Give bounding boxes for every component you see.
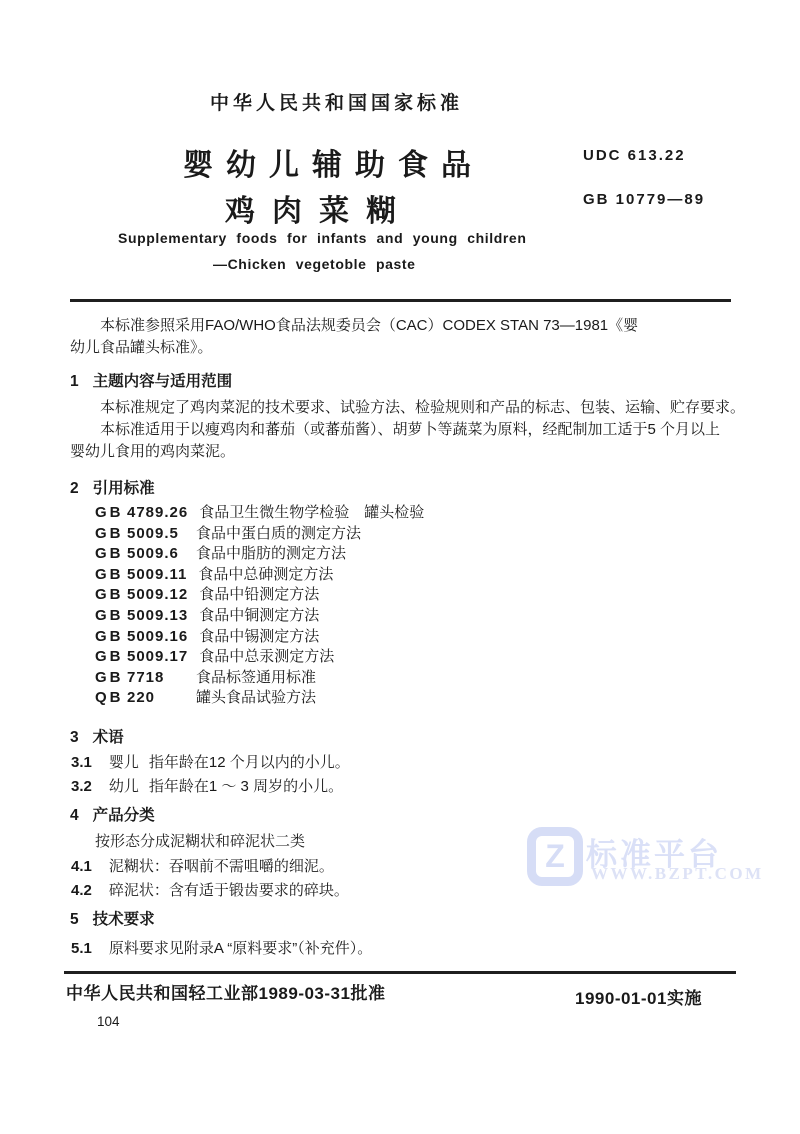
section-1-paragraph: 本标准规定了鸡肉菜泥的技术要求、试验方法、检验规则和产品的标志、包装、运输、贮存… bbox=[70, 398, 770, 418]
reference-number: 5009.12 bbox=[127, 585, 188, 606]
reference-org: GB bbox=[95, 503, 127, 524]
reference-item: GB5009.5食品中蛋白质的测定方法 bbox=[95, 524, 424, 545]
reference-title: 食品中总砷测定方法 bbox=[198, 566, 333, 583]
reference-number: 7718 bbox=[127, 668, 185, 689]
implementation-date: 1990-01-01实施 bbox=[575, 984, 702, 1009]
reference-item: GB7718食品标签通用标准 bbox=[95, 668, 424, 689]
reference-number: 220 bbox=[127, 688, 185, 709]
section-title: 引用标准 bbox=[93, 480, 155, 497]
header-divider bbox=[70, 299, 731, 302]
clause-number: 4.1 bbox=[71, 858, 92, 875]
reference-item: GB5009.6食品中脂肪的测定方法 bbox=[95, 544, 424, 565]
reference-number: 5009.16 bbox=[127, 627, 188, 648]
reference-item: GB4789.26食品卫生微生物学检验 罐头检验 bbox=[95, 503, 424, 524]
section-3-heading: 3术语 bbox=[70, 725, 124, 747]
reference-org: GB bbox=[95, 544, 127, 565]
reference-org: GB bbox=[95, 606, 127, 627]
page-number: 104 bbox=[97, 1014, 120, 1029]
bzpt-logo-icon: Z bbox=[527, 827, 583, 886]
clause-number: 3.2 bbox=[71, 778, 92, 795]
section-title: 技术要求 bbox=[93, 911, 155, 928]
udc-code: UDC 613.22 bbox=[583, 147, 686, 164]
reference-title: 食品中脂肪的测定方法 bbox=[196, 545, 346, 562]
reference-title: 食品中总汞测定方法 bbox=[199, 648, 334, 665]
term-definition: 指年龄在12 个月以内的小儿。 bbox=[149, 754, 350, 771]
section-1-paragraph: 本标准适用于以瘦鸡肉和蕃茄（或蕃茄酱）、胡萝卜等蔬菜为原料，经配制加工适于5 个… bbox=[70, 420, 770, 440]
reference-item: GB5009.16食品中锡测定方法 bbox=[95, 627, 424, 648]
approval-statement: 中华人民共和国轻工业部1989-03-31批准 bbox=[66, 979, 385, 1004]
reference-number: 5009.17 bbox=[127, 647, 188, 668]
reference-org: GB bbox=[95, 585, 127, 606]
reference-item: GB5009.12食品中铅测定方法 bbox=[95, 585, 424, 606]
section-title: 主题内容与适用范围 bbox=[93, 373, 233, 390]
reference-number: 4789.26 bbox=[127, 503, 188, 524]
clause-number: 5.1 bbox=[71, 940, 92, 957]
reference-list: GB4789.26食品卫生微生物学检验 罐头检验 GB5009.5食品中蛋白质的… bbox=[95, 503, 424, 709]
section-1-paragraph: 婴幼儿食用的鸡肉菜泥。 bbox=[70, 442, 740, 462]
document-title-en: Supplementary foods for infants and youn… bbox=[118, 230, 526, 246]
reference-item: GB5009.13食品中铜测定方法 bbox=[95, 606, 424, 627]
document-subtitle-zh: 鸡肉菜糊 bbox=[225, 186, 413, 230]
reference-item: QB220罐头食品试验方法 bbox=[95, 688, 424, 709]
document-title-zh: 婴幼儿辅助食品 bbox=[183, 140, 484, 184]
section-2-heading: 2引用标准 bbox=[70, 476, 155, 498]
reference-item: GB5009.17食品中总汞测定方法 bbox=[95, 647, 424, 668]
reference-title: 食品中铜测定方法 bbox=[199, 607, 319, 624]
reference-number: 5009.6 bbox=[127, 544, 185, 565]
term-definition: 指年龄在1 ～ 3 周岁的小儿。 bbox=[149, 778, 343, 795]
clause-text: 泥糊状：吞咽前不需咀嚼的细泥。 bbox=[109, 858, 334, 875]
reference-org: GB bbox=[95, 647, 127, 668]
section-1-heading: 1主题内容与适用范围 bbox=[70, 369, 232, 391]
reference-org: GB bbox=[95, 627, 127, 648]
section-number: 1 bbox=[70, 373, 79, 390]
section-5-heading: 5技术要求 bbox=[70, 907, 155, 929]
clause-number: 3.1 bbox=[71, 754, 92, 771]
reference-org: QB bbox=[95, 688, 127, 709]
reference-number: 5009.11 bbox=[127, 565, 187, 586]
footer-divider bbox=[64, 971, 736, 974]
bzpt-logo-letter: Z bbox=[545, 838, 565, 874]
classification-item: 4.1泥糊状：吞咽前不需咀嚼的细泥。 bbox=[71, 855, 334, 876]
clause-number: 4.2 bbox=[71, 882, 92, 899]
section-number: 5 bbox=[70, 911, 79, 928]
term-word: 幼儿 bbox=[109, 778, 139, 795]
foreword-line: 幼儿食品罐头标准》。 bbox=[70, 338, 740, 358]
foreword-line: 本标准参照采用FAO/WHO食品法规委员会（CAC）CODEX STAN 73—… bbox=[70, 316, 770, 336]
section-title: 产品分类 bbox=[93, 807, 155, 824]
reference-org: GB bbox=[95, 524, 127, 545]
reference-number: 5009.5 bbox=[127, 524, 185, 545]
watermark-url: WWW.BZPT.COM bbox=[591, 864, 764, 884]
national-standard-label: 中华人民共和国国家标准 bbox=[210, 88, 463, 115]
term-word: 婴儿 bbox=[109, 754, 139, 771]
reference-title: 食品标签通用标准 bbox=[196, 669, 316, 686]
classification-item: 4.2碎泥状：含有适于锻齿要求的碎块。 bbox=[71, 879, 349, 900]
section-4-heading: 4产品分类 bbox=[70, 803, 155, 825]
requirement-item: 5.1原料要求见附录A “原料要求”（补充件）。 bbox=[71, 937, 372, 958]
reference-number: 5009.13 bbox=[127, 606, 188, 627]
reference-title: 食品中锡测定方法 bbox=[199, 628, 319, 645]
reference-title: 食品中铅测定方法 bbox=[199, 586, 319, 603]
reference-title: 食品中蛋白质的测定方法 bbox=[196, 525, 361, 542]
reference-item: GB5009.11食品中总砷测定方法 bbox=[95, 565, 424, 586]
reference-org: GB bbox=[95, 565, 127, 586]
section-number: 3 bbox=[70, 729, 79, 746]
clause-text: 碎泥状：含有适于锻齿要求的碎块。 bbox=[109, 882, 349, 899]
document-subtitle-en: —Chicken vegetoble paste bbox=[213, 256, 416, 272]
standard-document-page: 中华人民共和国国家标准 婴幼儿辅助食品 鸡肉菜糊 UDC 613.22 GB 1… bbox=[0, 0, 800, 1134]
section-number: 2 bbox=[70, 480, 79, 497]
reference-title: 食品卫生微生物学检验 罐头检验 bbox=[199, 504, 424, 521]
term-item: 3.1婴儿指年龄在12 个月以内的小儿。 bbox=[71, 751, 350, 772]
section-title: 术语 bbox=[93, 729, 124, 746]
term-item: 3.2幼儿指年龄在1 ～ 3 周岁的小儿。 bbox=[71, 775, 343, 796]
clause-text: 原料要求见附录A “原料要求”（补充件）。 bbox=[109, 940, 372, 957]
reference-title: 罐头食品试验方法 bbox=[196, 689, 316, 706]
standard-number: GB 10779—89 bbox=[583, 191, 705, 208]
section-number: 4 bbox=[70, 807, 79, 824]
reference-org: GB bbox=[95, 668, 127, 689]
